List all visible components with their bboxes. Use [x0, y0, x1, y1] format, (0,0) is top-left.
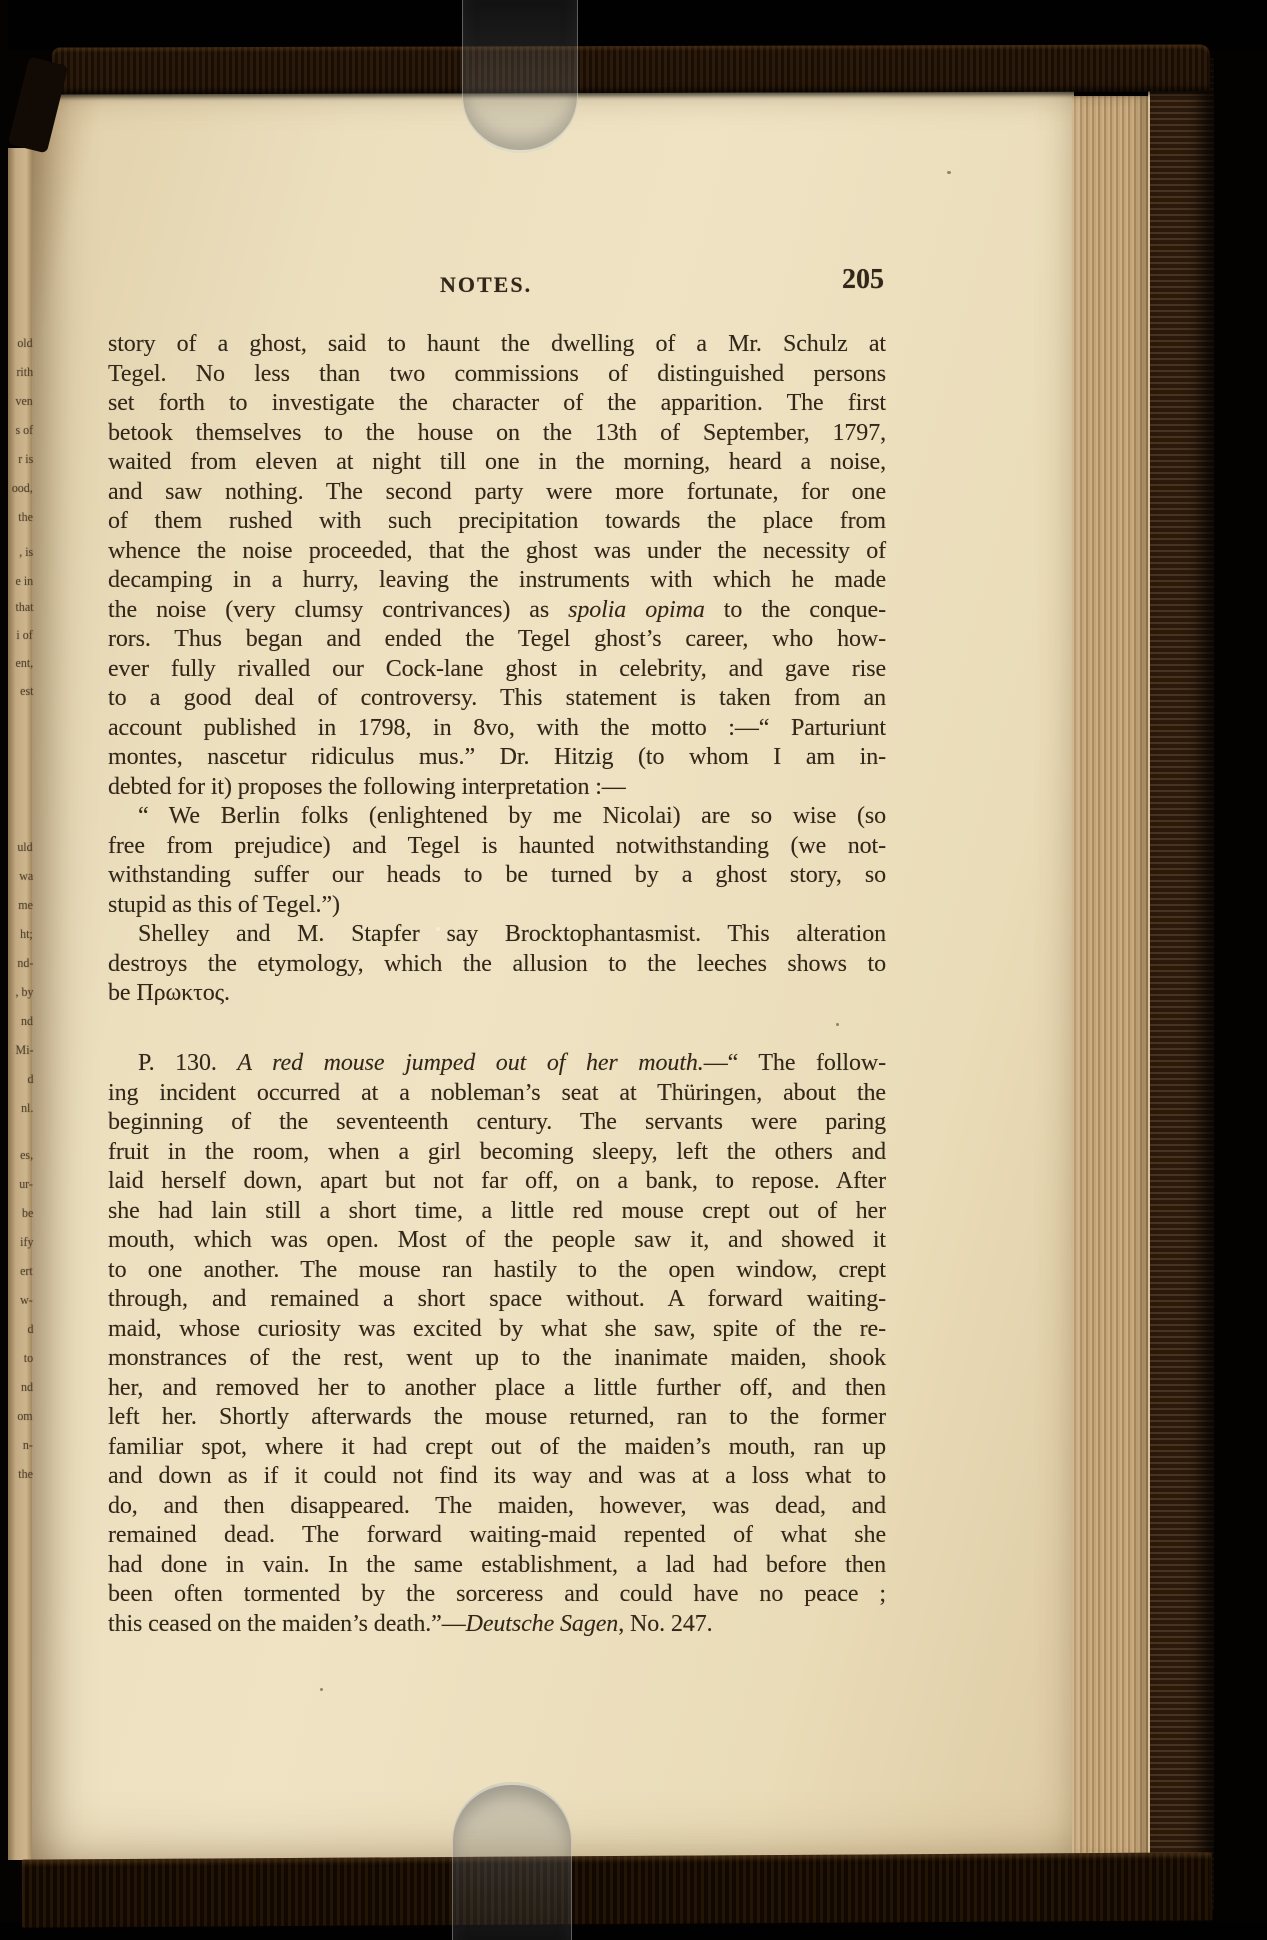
gutter-text-fragment: the	[18, 1467, 33, 1480]
text-line: destroys the etymology, which the allusi…	[108, 950, 886, 980]
gutter-text-fragment: wa	[19, 869, 33, 882]
gutter-text-fragment: ur-	[19, 1177, 33, 1190]
gutter-text-fragment: d	[27, 1072, 33, 1085]
dust-speck	[947, 171, 951, 174]
gutter-text-fragment: the	[18, 510, 33, 523]
text-line: ever fully rivalled our Cock-lane ghost …	[108, 655, 886, 685]
text-line: withstanding suffer our heads to be turn…	[108, 861, 886, 891]
text-line: mouth, which was open. Most of the peopl…	[108, 1226, 886, 1256]
page-header-title: NOTES.	[440, 272, 640, 298]
gutter-text-fragment: est	[20, 684, 33, 697]
gutter-text-fragment: nd	[21, 1014, 33, 1027]
text-line: stupid as this of Tegel.”)	[108, 891, 886, 921]
dust-speck	[836, 1023, 839, 1026]
gutter-text-fragment: ven	[16, 394, 33, 407]
text-line: Tegel. No less than two commissions of d…	[108, 360, 886, 390]
text-line: been often tormented by the sorceress an…	[108, 1580, 886, 1610]
gutter-text-fragment: nl.	[21, 1101, 33, 1114]
book-cover-bottom-edge	[22, 1852, 1212, 1927]
background-left	[0, 0, 8, 1940]
text-line: whence the noise proceeded, that the gho…	[108, 537, 886, 567]
gutter-text-fragment: e in	[15, 574, 33, 587]
gutter-text-fragment: s of	[15, 423, 33, 436]
text-line: montes, nascetur ridiculus mus.” Dr. Hit…	[108, 743, 886, 773]
scanner-strap-bottom	[452, 1782, 572, 1940]
gutter-text-fragment: es,	[20, 1148, 33, 1161]
text-line: be Πρωκτος.	[108, 979, 886, 1009]
text-line: rors. Thus began and ended the Tegel gho…	[108, 625, 886, 655]
gutter-text-fragment: nd-	[17, 956, 33, 969]
page-number: 205	[826, 264, 884, 296]
text-line: Shelley and M. Stapfer say Brocktophanta…	[108, 920, 886, 950]
gutter-text-fragment: om	[18, 1409, 33, 1422]
background-top	[0, 0, 1267, 50]
gutter-text-fragment: d	[27, 1322, 33, 1335]
gutter-text-fragment: rith	[16, 365, 33, 378]
gutter-text-fragment: i of	[17, 628, 33, 641]
text-line: do, and then disappeared. The maiden, ho…	[108, 1492, 886, 1522]
text-line: fruit in the room, when a girl becoming …	[108, 1138, 886, 1168]
text-line: this ceased on the maiden’s death.”—Deut…	[108, 1610, 886, 1640]
gutter-text-fragment: me	[18, 898, 33, 911]
text-line: left her. Shortly afterwards the mouse r…	[108, 1403, 886, 1433]
dust-speck	[436, 927, 440, 931]
gutter-text-fragment: uld	[18, 840, 33, 853]
book-scan-photo: NOTES. 205 story of a ghost, said to hau…	[0, 0, 1267, 1940]
gutter-text-fragment: ood,	[12, 481, 33, 494]
note-tegel-ghost-paragraphs: story of a ghost, said to haunt the dwel…	[108, 330, 886, 1009]
text-line: through, and remained a short space with…	[108, 1285, 886, 1315]
note-red-mouse-paragraph: P. 130. A red mouse jumped out of her mo…	[108, 1049, 886, 1639]
text-line: free from prejudice) and Tegel is haunte…	[108, 832, 886, 862]
text-line: laid herself down, apart but not far off…	[108, 1167, 886, 1197]
gutter-text-fragment: Mi-	[15, 1043, 33, 1056]
gutter-text-fragment: nd	[21, 1380, 33, 1393]
text-line: “ We Berlin folks (enlightened by me Nic…	[108, 802, 886, 832]
text-line: set forth to investigate the character o…	[108, 389, 886, 419]
gutter-text-fragment: ify	[20, 1235, 33, 1248]
background-right	[1214, 0, 1267, 1940]
book-cover-fore-edge	[1148, 58, 1216, 1910]
text-line: monstrances of the rest, went up to the …	[108, 1344, 886, 1374]
gutter-text-fragment: to	[24, 1351, 33, 1364]
gutter-text-fragment: ert	[20, 1264, 33, 1277]
dust-speck	[320, 1688, 323, 1691]
text-line: decamping in a hurry, leaving the instru…	[108, 566, 886, 596]
text-line: remained dead. The forward waiting-maid …	[108, 1521, 886, 1551]
text-line: ing incident occurred at a nobleman’s se…	[108, 1079, 886, 1109]
text-line: maid, whose curiosity was excited by wha…	[108, 1315, 886, 1345]
text-line: to one another. The mouse ran hastily to…	[108, 1256, 886, 1286]
text-line: P. 130. A red mouse jumped out of her mo…	[108, 1049, 886, 1079]
text-line: of them rushed with such precipitation t…	[108, 507, 886, 537]
text-line: account published in 1798, in 8vo, with …	[108, 714, 886, 744]
text-line: waited from eleven at night till one in …	[108, 448, 886, 478]
gutter-text-fragment: old	[18, 336, 33, 349]
gutter-text-fragment: w-	[20, 1293, 33, 1306]
text-line: and saw nothing. The second party were m…	[108, 478, 886, 508]
gutter-text-fragment: ht;	[20, 927, 33, 940]
text-line: betook themselves to the house on the 13…	[108, 419, 886, 449]
gutter-text-fragment: that	[15, 600, 33, 613]
gutter-text-fragment: ent,	[15, 656, 33, 669]
gutter-text-fragment: , by	[15, 985, 33, 998]
text-line: her, and removed her to another place a …	[108, 1374, 886, 1404]
text-line: and down as if it could not find its way…	[108, 1462, 886, 1492]
text-line: debted for it) proposes the following in…	[108, 773, 886, 803]
text-line: she had lain still a short time, a littl…	[108, 1197, 886, 1227]
text-line: beginning of the seventeenth century. Th…	[108, 1108, 886, 1138]
book-cover-top-edge	[52, 44, 1210, 94]
gutter-text-fragment: be	[22, 1206, 33, 1219]
gutter-text-fragment: r is	[18, 452, 33, 465]
text-line: the noise (very clumsy contrivances) as …	[108, 596, 886, 626]
text-line: story of a ghost, said to haunt the dwel…	[108, 330, 886, 360]
gutter-text-fragment: , is	[19, 545, 33, 558]
text-line: had done in vain. In the same establishm…	[108, 1551, 886, 1581]
scanner-strap-top	[462, 0, 578, 153]
text-line: to a good deal of controversy. This stat…	[108, 684, 886, 714]
gutter-showthrough-column: oldrithvens ofr isood,the, ise inthati o…	[8, 0, 34, 1940]
page-edges-stack	[1072, 96, 1148, 1858]
text-line: familiar spot, where it had crept out of…	[108, 1433, 886, 1463]
gutter-text-fragment: n-	[23, 1438, 33, 1451]
